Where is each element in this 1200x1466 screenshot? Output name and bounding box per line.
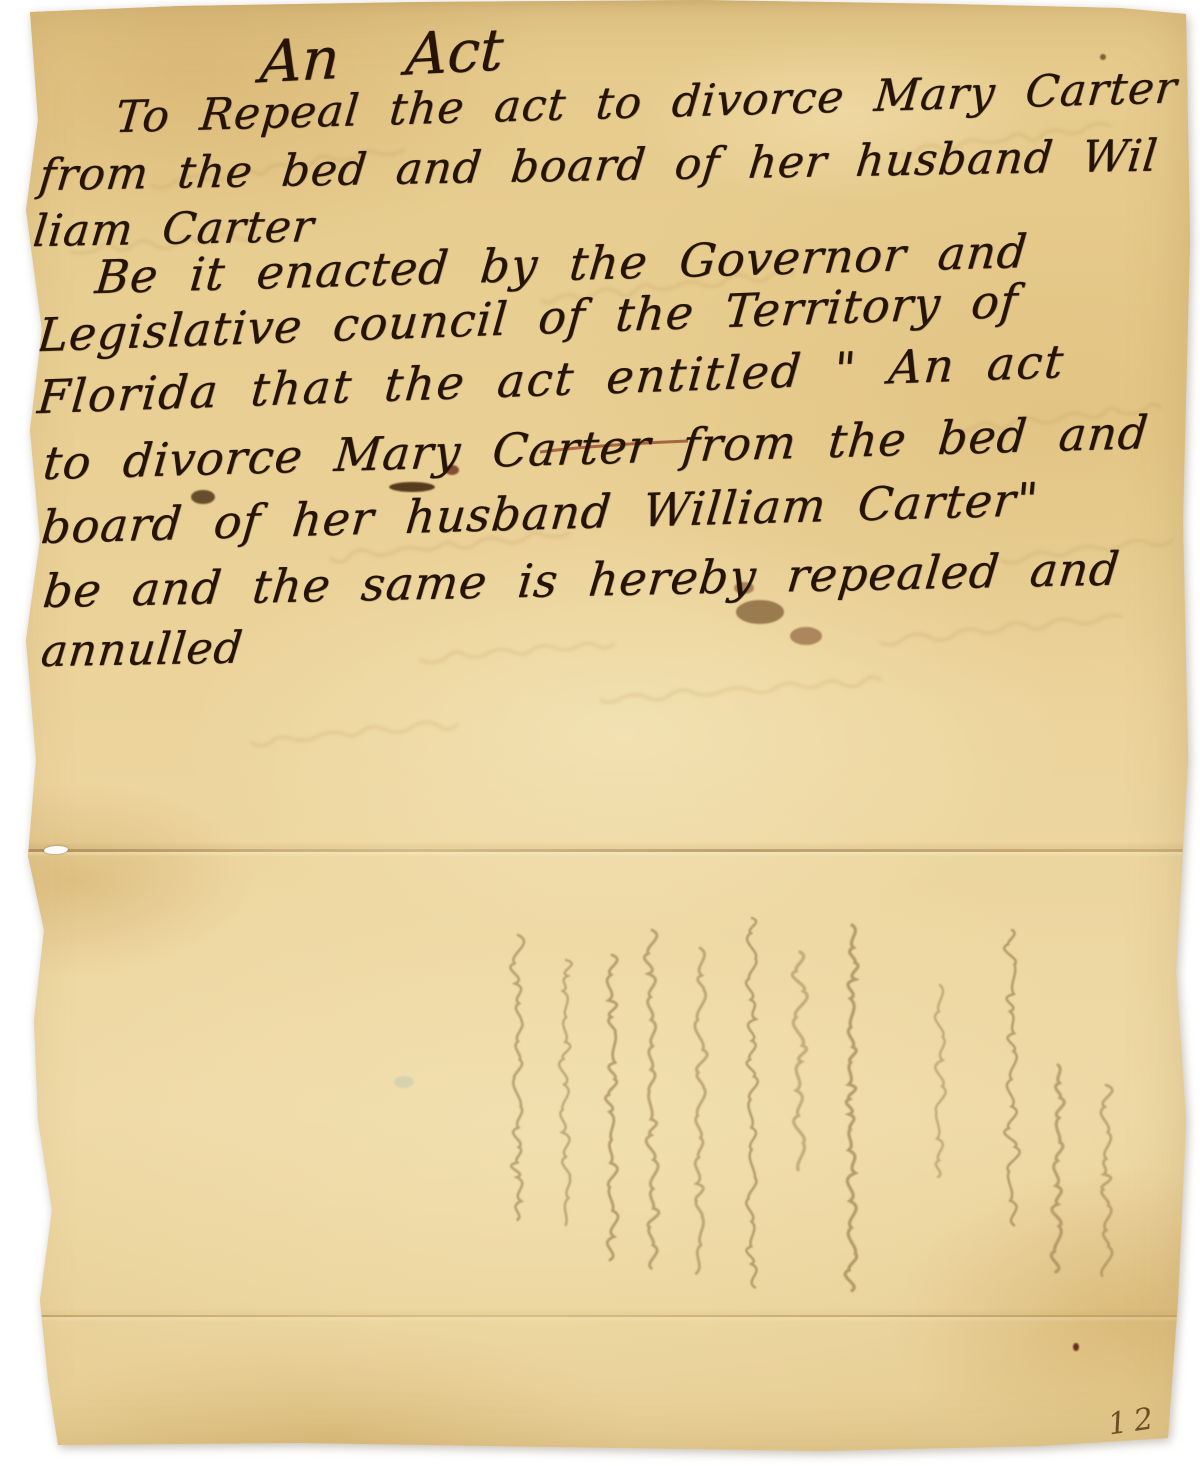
manuscript-line-2: from the bed and board of her husband Wi… xyxy=(37,130,1161,201)
paper-tear-hole xyxy=(44,845,68,854)
manuscript-line-10: annulled xyxy=(39,622,246,677)
paper-drop-shadow: An Act To Repeal the act to divorce Mary… xyxy=(0,0,1200,1466)
page-number: 12 xyxy=(1106,1401,1163,1443)
scanned-document: An Act To Repeal the act to divorce Mary… xyxy=(0,0,1200,1466)
manuscript-paper: An Act To Repeal the act to divorce Mary… xyxy=(0,0,1200,1466)
manuscript-line-9: be and the same is hereby repealed and xyxy=(41,541,1123,618)
fold-crease-upper xyxy=(0,849,1200,852)
fold-crease-lower xyxy=(0,1315,1200,1317)
